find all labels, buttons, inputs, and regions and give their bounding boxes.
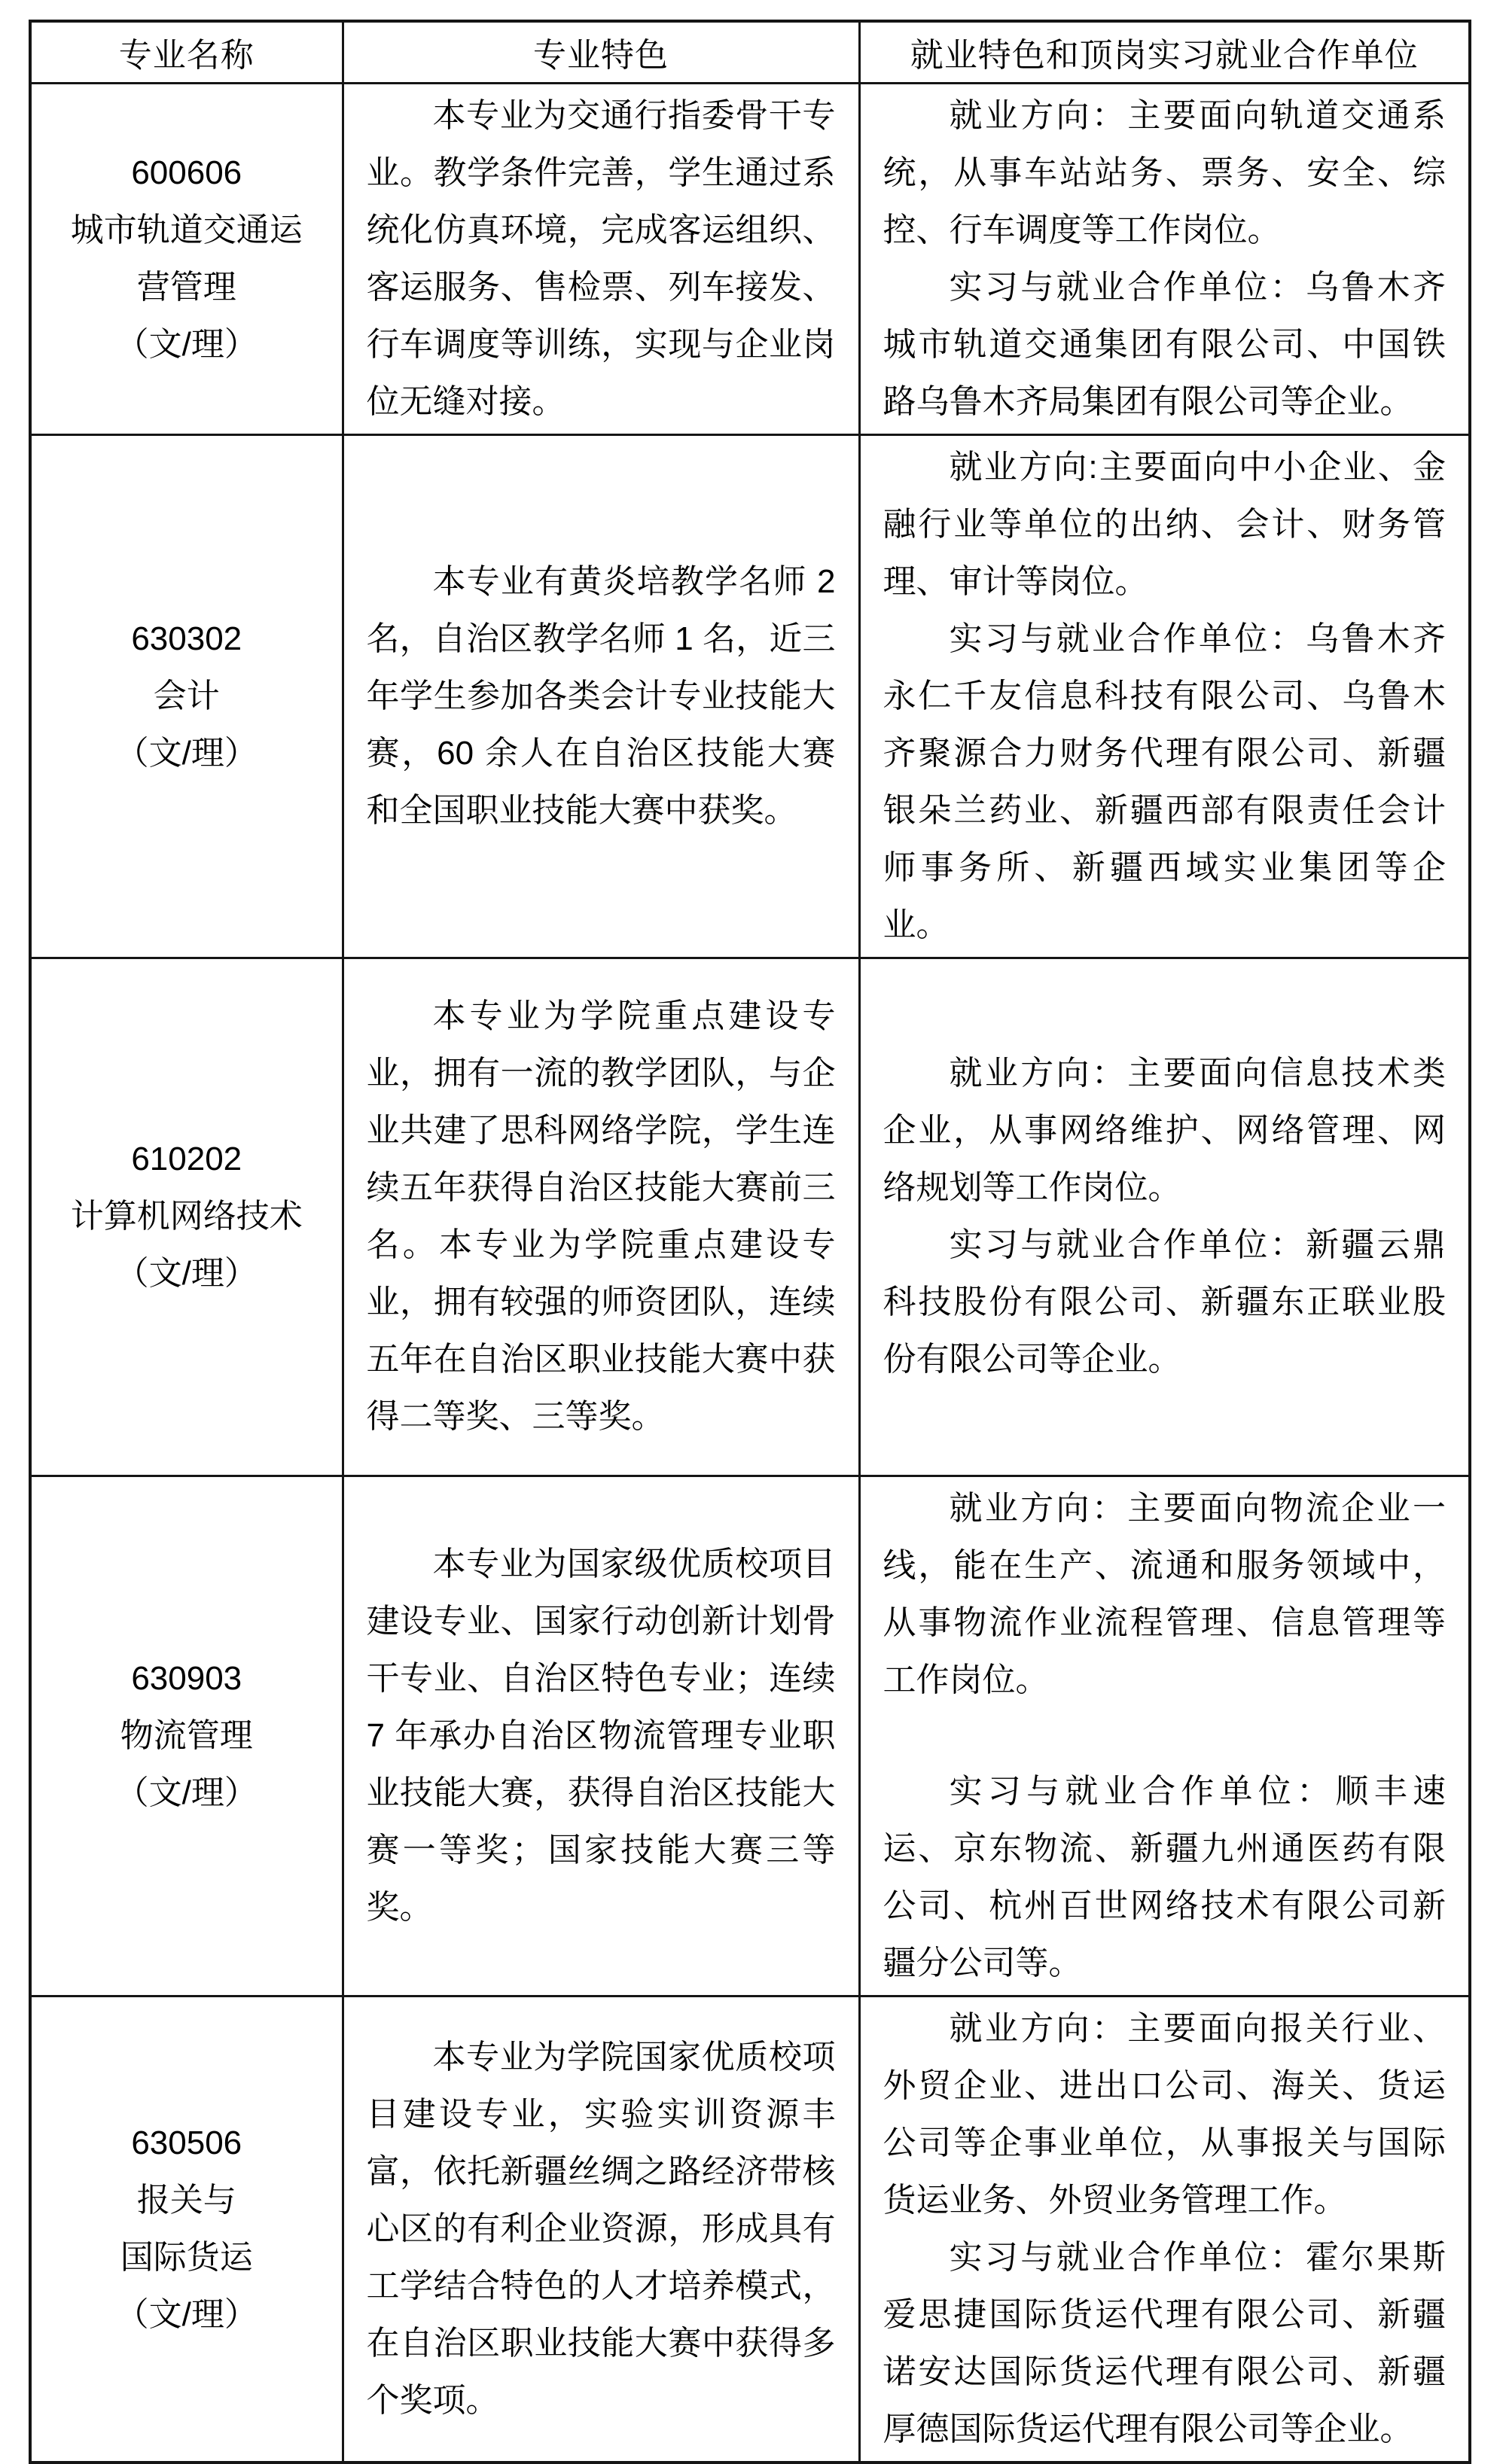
employment-direction-paragraph: 就业方向：主要面向轨道交通系统，从事车站站务、票务、安全、综控、行车调度等工作岗… [883,87,1447,259]
table-row: 610202 计算机网络技术 （文/理） 本专业为学院重点建设专业，拥有一流的教… [30,958,1470,1476]
major-name-line: 城市轨道交通运 [39,202,334,259]
major-cell: 630903 物流管理 （文/理） [30,1476,343,1996]
employment-direction-paragraph: 就业方向：主要面向物流企业一线，能在生产、流通和服务领域中，从事物流作业流程管理… [883,1480,1447,1709]
major-cell: 600606 城市轨道交通运 营管理 （文/理） [30,83,343,434]
major-track: （文/理） [39,316,334,373]
header-employment: 就业特色和顶岗实习就业合作单位 [859,21,1470,83]
major-cell: 630302 会计 （文/理） [30,434,343,958]
major-name-line: 会计 [39,668,334,725]
features-cell: 本专业为学院重点建设专业，拥有一流的教学团队，与企业共建了思科网络学院，学生连续… [343,958,859,1476]
employment-cell: 就业方向：主要面向物流企业一线，能在生产、流通和服务领域中，从事物流作业流程管理… [859,1476,1470,1996]
features-paragraph: 本专业有黄炎培教学名师 2 名，自治区教学名师 1 名，近三年学生参加各类会计专… [367,553,836,839]
major-code: 610202 [39,1131,334,1188]
major-code: 630903 [39,1650,334,1707]
employment-direction-paragraph: 就业方向:主要面向中小企业、金融行业等单位的出纳、会计、财务管理、审计等岗位。 [883,439,1447,611]
employment-cell: 就业方向:主要面向中小企业、金融行业等单位的出纳、会计、财务管理、审计等岗位。 … [859,434,1470,958]
major-track: （文/理） [39,1245,334,1302]
partners-paragraph: 实习与就业合作单位：霍尔果斯爱思捷国际货运代理有限公司、新疆诺安达国际货运代理有… [883,2229,1447,2458]
header-row: 专业名称 专业特色 就业特色和顶岗实习就业合作单位 [30,21,1470,83]
features-paragraph: 本专业为交通行指委骨干专业。教学条件完善，学生通过系统化仿真环境，完成客运组织、… [367,87,836,431]
major-name-line: 营管理 [39,259,334,316]
major-track: （文/理） [39,2286,334,2344]
features-paragraph: 本专业为学院重点建设专业，拥有一流的教学团队，与企业共建了思科网络学院，学生连续… [367,988,836,1445]
major-code: 630506 [39,2115,334,2172]
major-name-line: 计算机网络技术 [39,1188,334,1245]
header-major-name: 专业名称 [30,21,343,83]
document-page: 专业名称 专业特色 就业特色和顶岗实习就业合作单位 600606 城市轨道交通运… [0,0,1506,2389]
partners-paragraph: 实习与就业合作单位：顺丰速运、京东物流、新疆九州通医药有限公司、杭州百世网络技术… [883,1763,1447,1992]
majors-table: 专业名称 专业特色 就业特色和顶岗实习就业合作单位 600606 城市轨道交通运… [29,20,1471,2464]
employment-cell: 就业方向：主要面向信息技术类企业，从事网络维护、网络管理、网络规划等工作岗位。 … [859,958,1470,1476]
major-name-line: 物流管理 [39,1707,334,1765]
features-cell: 本专业为学院国家优质校项目建设专业，实验实训资源丰富，依托新疆丝绸之路经济带核心… [343,1996,859,2462]
features-cell: 本专业为交通行指委骨干专业。教学条件完善，学生通过系统化仿真环境，完成客运组织、… [343,83,859,434]
partners-paragraph: 实习与就业合作单位：新疆云鼎科技股份有限公司、新疆东正联业股份有限公司等企业。 [883,1217,1447,1388]
major-cell: 610202 计算机网络技术 （文/理） [30,958,343,1476]
major-code: 630302 [39,611,334,668]
major-name-line: 报关与 [39,2172,334,2229]
major-track: （文/理） [39,725,334,782]
header-major-features: 专业特色 [343,21,859,83]
features-cell: 本专业有黄炎培教学名师 2 名，自治区教学名师 1 名，近三年学生参加各类会计专… [343,434,859,958]
partners-paragraph: 实习与就业合作单位：乌鲁木齐永仁千友信息科技有限公司、乌鲁木齐聚源合力财务代理有… [883,611,1447,954]
employment-cell: 就业方向：主要面向轨道交通系统，从事车站站务、票务、安全、综控、行车调度等工作岗… [859,83,1470,434]
major-name-line: 国际货运 [39,2229,334,2286]
table-header: 专业名称 专业特色 就业特色和顶岗实习就业合作单位 [30,21,1470,83]
table-row: 630302 会计 （文/理） 本专业有黄炎培教学名师 2 名，自治区教学名师 … [30,434,1470,958]
features-paragraph: 本专业为国家级优质校项目建设专业、国家行动创新计划骨干专业、自治区特色专业；连续… [367,1536,836,1936]
employment-cell: 就业方向：主要面向报关行业、外贸企业、进出口公司、海关、货运公司等企事业单位，从… [859,1996,1470,2462]
major-cell: 630506 报关与 国际货运 （文/理） [30,1996,343,2462]
table-row: 630506 报关与 国际货运 （文/理） 本专业为学院国家优质校项目建设专业，… [30,1996,1470,2462]
table-row: 600606 城市轨道交通运 营管理 （文/理） 本专业为交通行指委骨干专业。教… [30,83,1470,434]
employment-direction-paragraph: 就业方向：主要面向信息技术类企业，从事网络维护、网络管理、网络规划等工作岗位。 [883,1045,1447,1217]
partners-paragraph: 实习与就业合作单位：乌鲁木齐城市轨道交通集团有限公司、中国铁路乌鲁木齐局集团有限… [883,259,1447,431]
major-track: （文/理） [39,1765,334,1822]
features-paragraph: 本专业为学院国家优质校项目建设专业，实验实训资源丰富，依托新疆丝绸之路经济带核心… [367,2029,836,2429]
features-cell: 本专业为国家级优质校项目建设专业、国家行动创新计划骨干专业、自治区特色专业；连续… [343,1476,859,1996]
major-code: 600606 [39,145,334,202]
table-row: 630903 物流管理 （文/理） 本专业为国家级优质校项目建设专业、国家行动创… [30,1476,1470,1996]
employment-direction-paragraph: 就业方向：主要面向报关行业、外贸企业、进出口公司、海关、货运公司等企事业单位，从… [883,2000,1447,2229]
